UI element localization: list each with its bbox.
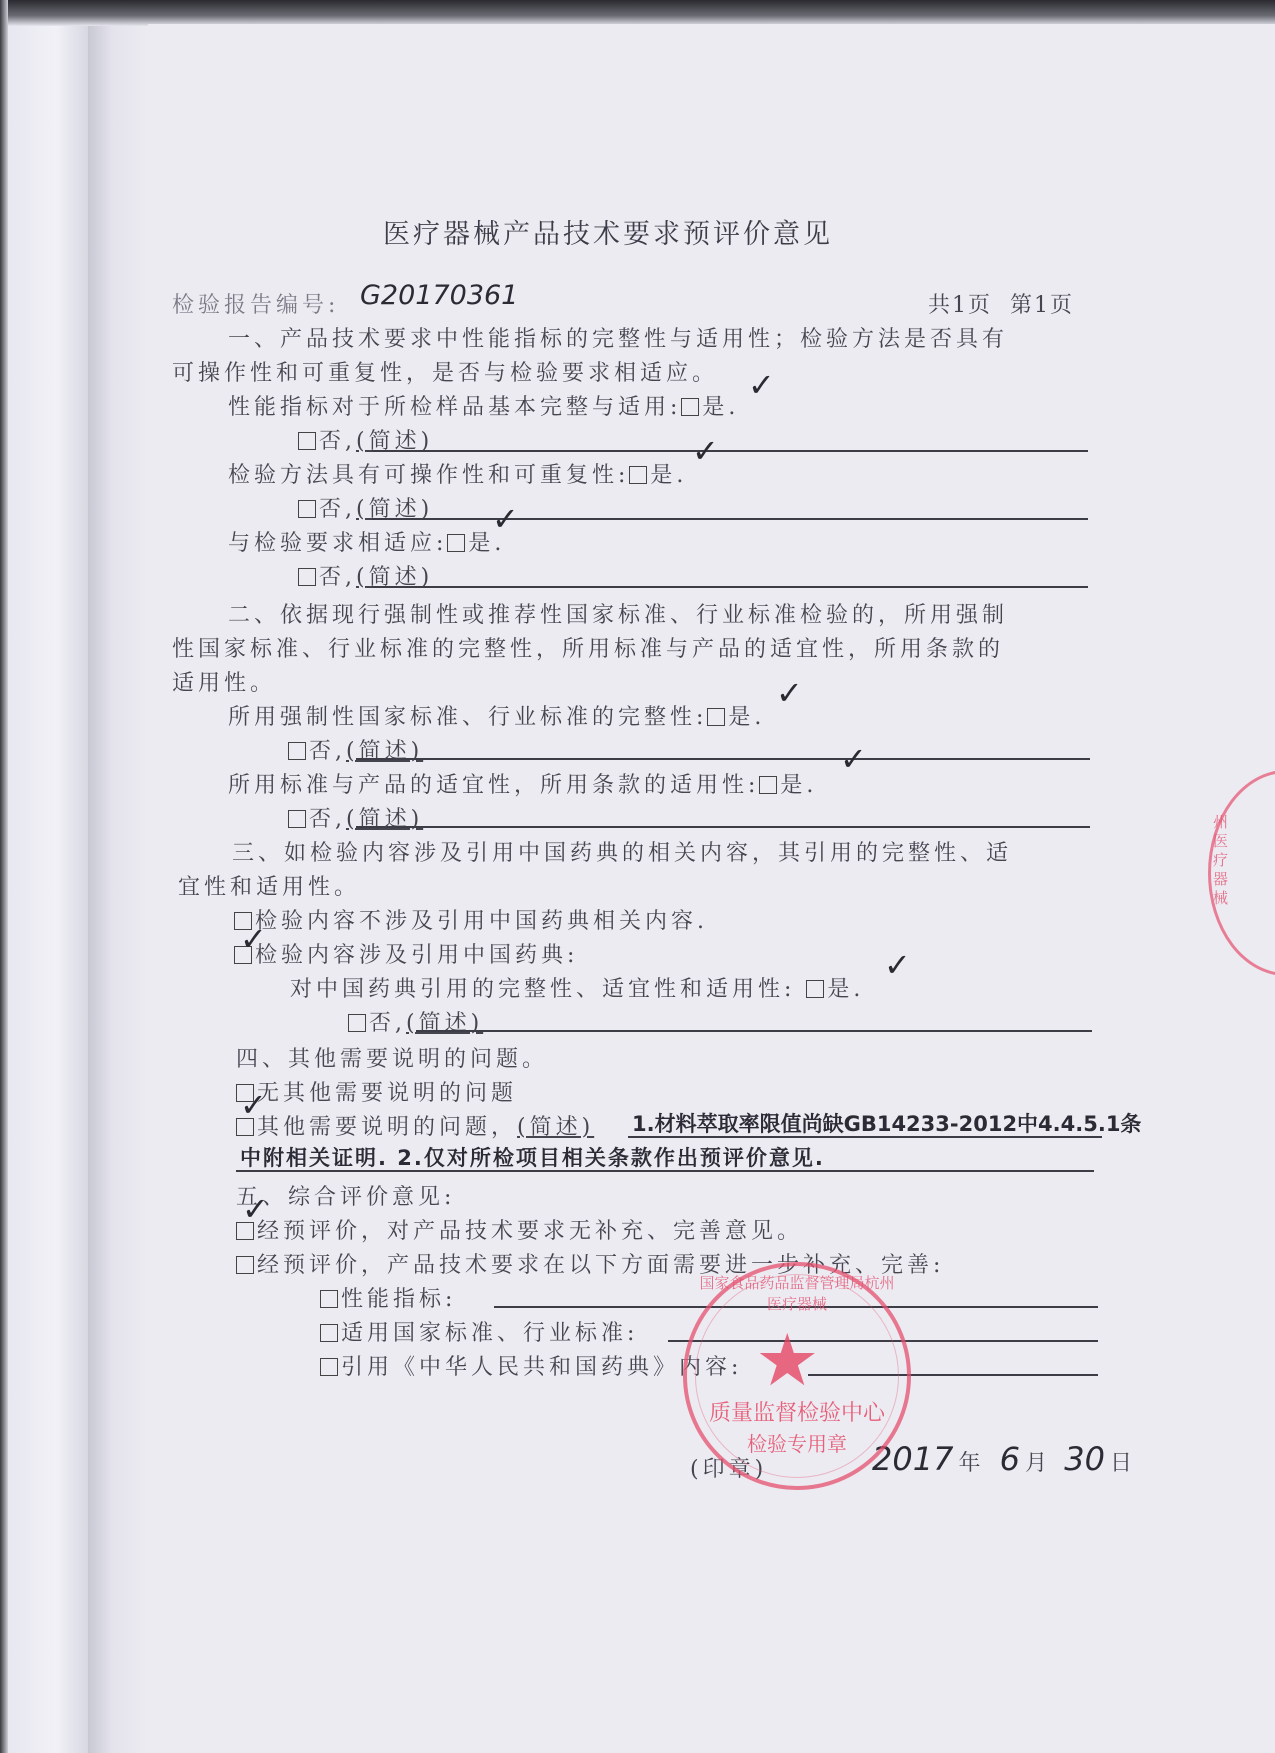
no-label: 否,: [369, 1011, 406, 1036]
month-unit: 月: [1025, 1451, 1051, 1476]
yes-checkbox[interactable]: [447, 534, 465, 552]
question-text: 检验方法具有可操作性和可重复性:: [228, 463, 629, 488]
brief-underline[interactable]: [356, 758, 1090, 760]
sub-item-label: 性能指标:: [341, 1287, 456, 1312]
section4-heading: 四、其他需要说明的问题。: [236, 1042, 548, 1073]
section2-heading-line1: 二、依据现行强制性或推荐性国家标准、行业标准检验的，所用强制: [228, 598, 1008, 629]
no-checkbox[interactable]: [298, 432, 316, 450]
checkmark-icon: ✓: [748, 366, 775, 404]
yes-label: 是.: [728, 705, 765, 730]
date: 2017 年 6 月 30 日: [872, 1440, 1136, 1478]
no-checkbox[interactable]: [288, 742, 306, 760]
date-month: 6: [1000, 1440, 1020, 1478]
brief-label: (简述): [346, 739, 423, 764]
question-text: 所用标准与产品的适宜性，所用条款的适用性:: [228, 773, 759, 798]
section1-item2: 检验方法具有可操作性和可重复性:是.: [228, 458, 687, 489]
option-label: 其他需要说明的问题，: [257, 1115, 517, 1140]
day-unit: 日: [1110, 1451, 1136, 1476]
brief-underline[interactable]: [372, 518, 1088, 520]
brief-underline[interactable]: [416, 1030, 1092, 1032]
brief-underline[interactable]: [356, 826, 1090, 828]
brief-underline[interactable]: [372, 450, 1088, 452]
brief-label: (简述): [517, 1115, 594, 1140]
section1-item1: 性能指标对于所检样品基本完整与适用:是.: [228, 390, 739, 421]
page-info: 共1页 第1页: [928, 288, 1074, 319]
option-none: 无其他需要说明的问题: [236, 1076, 517, 1107]
no-label: 否,: [309, 739, 346, 764]
no-checkbox[interactable]: [298, 568, 316, 586]
checkmark-icon: ✓: [776, 674, 803, 712]
no-checkbox[interactable]: [348, 1014, 366, 1032]
star-icon: ★: [755, 1318, 820, 1402]
standards-checkbox[interactable]: [320, 1324, 338, 1342]
yes-label: 是.: [827, 977, 864, 1002]
yes-checkbox[interactable]: [707, 708, 725, 726]
brief-underline[interactable]: [372, 586, 1088, 588]
section1-heading-line2: 可操作性和可重复性，是否与检验要求相适应。: [172, 356, 718, 387]
brief-label: (简述): [406, 1011, 483, 1036]
section2-heading-line2: 性国家标准、行业标准的完整性，所用标准与产品的适宜性，所用条款的: [172, 632, 1004, 663]
page-fold-shadow: [88, 26, 148, 1753]
checkmark-icon: ✓: [692, 432, 719, 470]
handwritten-note-line1: 1.材料萃取率限值尚缺GB14233-2012中4.4.5.1条: [632, 1108, 1141, 1138]
note-underline[interactable]: [236, 1170, 1094, 1172]
question-text: 性能指标对于所检样品基本完整与适用:: [228, 395, 681, 420]
yes-checkbox[interactable]: [629, 466, 647, 484]
option-involved: 检验内容涉及引用中国药典:: [234, 938, 578, 969]
year-unit: 年: [959, 1451, 985, 1476]
checkmark-icon: ✓: [240, 1086, 267, 1124]
no-checkbox[interactable]: [298, 500, 316, 518]
date-day: 30: [1064, 1440, 1105, 1478]
option-label: 经预评价，对产品技术要求无补充、完善意见。: [257, 1219, 803, 1244]
checkmark-icon: ✓: [242, 1190, 269, 1228]
yes-checkbox[interactable]: [681, 398, 699, 416]
sub-item-label: 适用国家标准、行业标准:: [341, 1321, 638, 1346]
yes-checkbox[interactable]: [759, 776, 777, 794]
section2-item1: 所用强制性国家标准、行业标准的完整性:是.: [228, 700, 765, 731]
no-label: 否,: [309, 807, 346, 832]
pharmacopoeia-question: 对中国药典引用的完整性、适宜性和适用性: 是.: [290, 972, 864, 1003]
pharmacopoeia-no: 否,(简述): [348, 1006, 483, 1037]
sub-item-pharmacopoeia: 引用《中华人民共和国药典》内容:: [320, 1350, 742, 1381]
section3-heading-line1: 三、如检验内容涉及引用中国药典的相关内容，其引用的完整性、适: [232, 836, 1012, 867]
report-number-label: 检验报告编号:: [172, 288, 339, 319]
performance-checkbox[interactable]: [320, 1290, 338, 1308]
option-other: 其他需要说明的问题，(简述): [236, 1110, 594, 1141]
option-label: 检验内容涉及引用中国药典:: [255, 943, 578, 968]
option-no-comment: 经预评价，对产品技术要求无补充、完善意见。: [236, 1214, 803, 1245]
section1-heading-line1: 一、产品技术要求中性能指标的完整性与适用性；检验方法是否具有: [228, 322, 1008, 353]
brief-label: (简述): [346, 807, 423, 832]
checkmark-icon: ✓: [240, 920, 267, 958]
seal-line2: 检验专用章: [701, 1428, 893, 1457]
yes-checkbox[interactable]: [806, 980, 824, 998]
section3-heading-line2: 宜性和适用性。: [178, 870, 360, 901]
handwritten-note-line2: 中附相关证明. 2.仅对所检项目相关条款作出预评价意见.: [240, 1142, 825, 1172]
no-label: 否,: [319, 565, 356, 590]
scan-left-edge: [0, 0, 8, 1753]
question-text: 与检验要求相适应:: [228, 531, 447, 556]
need-more-checkbox[interactable]: [236, 1256, 254, 1274]
seal-line1: 质量监督检验中心: [701, 1396, 893, 1427]
option-not-involved: 检验内容不涉及引用中国药典相关内容.: [234, 904, 708, 935]
sub-item-standards: 适用国家标准、行业标准:: [320, 1316, 638, 1347]
no-label: 否,: [319, 429, 356, 454]
option-label: 检验内容不涉及引用中国药典相关内容.: [255, 909, 708, 934]
sub-item-performance: 性能指标:: [320, 1282, 456, 1313]
official-seal: 国家食品药品监督管理局杭州医疗器械 ★ 质量监督检验中心 检验专用章: [683, 1262, 911, 1490]
section2-item2: 所用标准与产品的适宜性，所用条款的适用性:是.: [228, 768, 817, 799]
seal-arc-text: 国家食品药品监督管理局杭州医疗器械: [697, 1272, 897, 1314]
question-text: 对中国药典引用的完整性、适宜性和适用性:: [290, 977, 795, 1002]
report-number-value: G20170361: [360, 280, 518, 311]
yes-label: 是.: [780, 773, 817, 798]
note-underline[interactable]: [628, 1136, 1102, 1138]
no-checkbox[interactable]: [288, 810, 306, 828]
checkmark-icon: ✓: [840, 740, 867, 778]
pharmacopoeia-checkbox[interactable]: [320, 1358, 338, 1376]
section2-item2-no: 否,(简述): [288, 802, 423, 833]
scan-top-edge: [0, 0, 1275, 26]
section5-heading: 五、综合评价意见:: [236, 1180, 455, 1211]
folded-previous-page: [8, 26, 88, 1753]
option-label: 无其他需要说明的问题: [257, 1081, 517, 1106]
checkmark-icon: ✓: [492, 500, 519, 538]
yes-label: 是.: [650, 463, 687, 488]
section2-heading-line3: 适用性。: [172, 666, 276, 697]
checkmark-icon: ✓: [884, 946, 911, 984]
section1-item3: 与检验要求相适应:是.: [228, 526, 505, 557]
yes-label: 是.: [702, 395, 739, 420]
section2-item1-no: 否,(简述): [288, 734, 423, 765]
document-title: 医疗器械产品技术要求预评价意见: [383, 212, 833, 251]
question-text: 所用强制性国家标准、行业标准的完整性:: [228, 705, 707, 730]
partial-seal-text: 州医疗器械: [1213, 813, 1233, 908]
no-label: 否,: [319, 497, 356, 522]
